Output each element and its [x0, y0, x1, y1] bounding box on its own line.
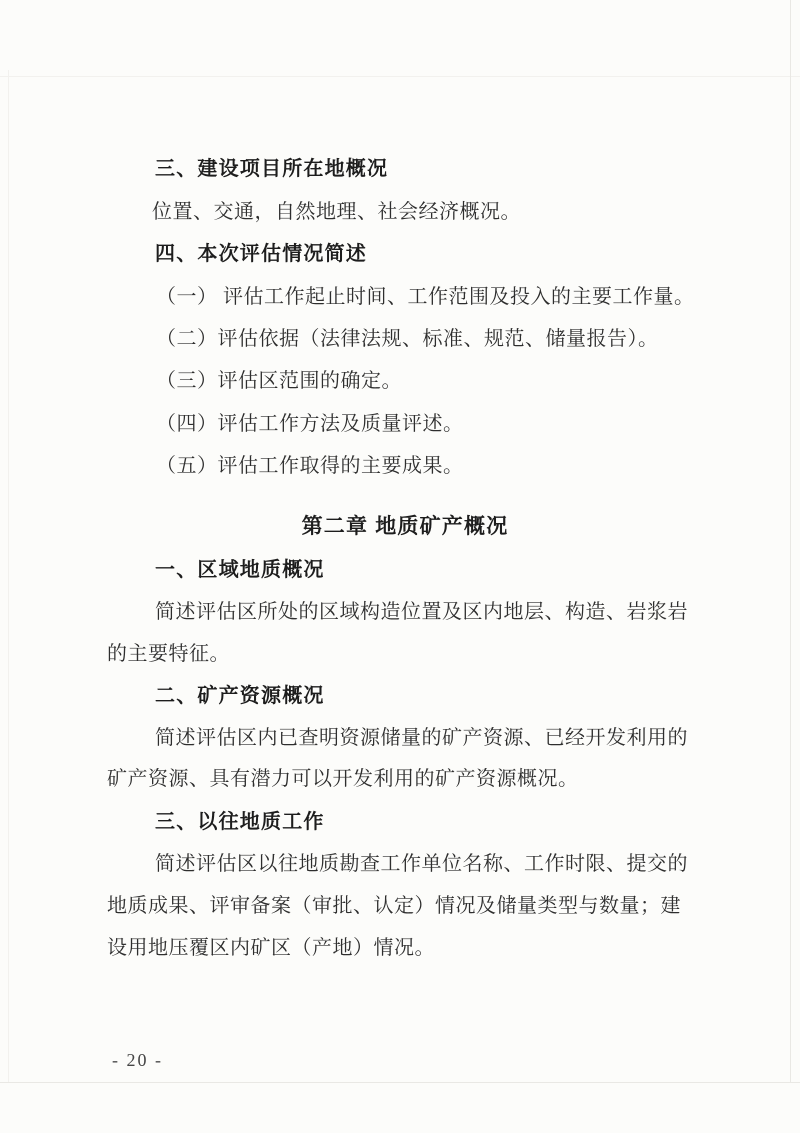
heading-sec4-evaluation-summary: 四、本次评估情况简述: [155, 242, 367, 267]
list-item-2: （二）评估依据（法律法规、标准、规范、储量报告）。: [156, 327, 659, 352]
page-edge-bottom: [0, 1082, 800, 1083]
heading-sec3-project-location: 三、建设项目所在地概况: [155, 157, 388, 182]
page-edge-top: [0, 76, 800, 77]
para-mineral-resources-line2: 矿产资源、具有潜力可以开发利用的矿产资源概况。: [107, 767, 579, 792]
list-item-5: （五）评估工作取得的主要成果。: [156, 454, 464, 479]
para-mineral-resources-line1: 简述评估区内已查明资源储量的矿产资源、已经开发利用的: [155, 726, 688, 751]
chapter-2-title: 第二章 地质矿产概况: [302, 514, 509, 539]
para-previous-work-line1: 简述评估区以往地质勘查工作单位名称、工作时限、提交的: [155, 852, 688, 877]
body-location-transport: 位置、交通，自然地理、社会经济概况。: [152, 200, 521, 225]
para-regional-geology-line2: 的主要特征。: [107, 642, 230, 667]
para-regional-geology-line1: 简述评估区所处的区域构造位置及区内地层、构造、岩浆岩: [155, 600, 688, 625]
heading-previous-geology-work: 三、以往地质工作: [155, 810, 325, 835]
list-item-3: （三）评估区范围的确定。: [156, 369, 402, 394]
heading-mineral-resources: 二、矿产资源概况: [155, 684, 325, 709]
page-number: - 20 -: [112, 1048, 163, 1073]
list-item-4: （四）评估工作方法及质量评述。: [156, 412, 464, 437]
scanned-document-page: 三、建设项目所在地概况 位置、交通，自然地理、社会经济概况。 四、本次评估情况简…: [0, 0, 800, 1133]
heading-regional-geology: 一、区域地质概况: [155, 558, 325, 583]
para-previous-work-line2: 地质成果、评审备案（审批、认定）情况及储量类型与数量；建: [107, 894, 681, 919]
page-edge-right: [790, 0, 791, 1083]
para-previous-work-line3: 设用地压覆区内矿区（产地）情况。: [107, 936, 435, 961]
list-item-1: （一） 评估工作起止时间、工作范围及投入的主要工作量。: [156, 285, 695, 310]
page-edge-left: [8, 70, 9, 1083]
